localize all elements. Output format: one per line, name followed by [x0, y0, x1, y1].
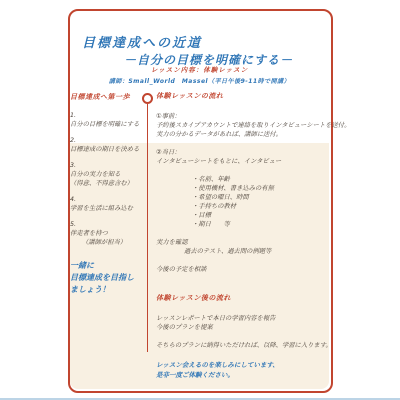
step-text: 学習を生活に組み込む: [70, 204, 154, 213]
section-text: 今後のプランを提案: [156, 323, 332, 332]
section-report: レッスンレポートで本日の学習内容を報告 今後のプランを提案: [156, 314, 332, 332]
list-item: ・使用機材、書き込みの有無: [192, 184, 332, 193]
left-column-heading: 目標達成へ第一歩: [70, 92, 154, 102]
instructor-info-line: 講師：Small_World Massel（平日午後9-11時で開講）: [68, 76, 331, 85]
step-number: 1.: [70, 111, 154, 120]
section-text: 予約後スカイプアカウントで連絡を取りインタビューシートを送付。: [156, 121, 332, 130]
section-text: インタビューシートをもとに、インタビュー: [156, 157, 332, 166]
section-text: レッスンレポートで本日の学習内容を報告: [156, 314, 332, 323]
lesson-info-line: レッスン内容：体験レッスン: [68, 65, 331, 74]
step-text: 自分の目標を明確にする: [70, 120, 154, 129]
flyer-page: 目標達成への近道 －自分の目標を明確にする－ レッスン内容：体験レッスン 講師：…: [0, 0, 400, 400]
motivation-line: 一緒に: [70, 260, 154, 272]
after-lesson-heading: 体験レッスン後の流れ: [156, 294, 332, 303]
step-number: 4.: [70, 195, 154, 204]
list-item: ・手持ちの教材: [192, 202, 332, 211]
list-item: ・目標: [192, 211, 332, 220]
closing-line: レッスン会えるのを楽しみにしています、: [156, 361, 332, 371]
step-number: 5.: [70, 220, 154, 229]
section-text: 実力の分かるデータがあれば、講師に送付。: [156, 130, 332, 139]
section-text: そちらのプランに納得いただければ、以降、学習に入ります。: [156, 341, 332, 350]
section-confirm: そちらのプランに納得いただければ、以降、学習に入ります。: [156, 341, 332, 350]
list-item: ・希望の曜日、時間: [192, 193, 332, 202]
list-item: ・名前、年齢: [192, 175, 332, 184]
step-item-2: 2. 目標達成の期日を決める: [70, 136, 154, 154]
section-text: 過去のテスト、過去問の例題等: [156, 247, 332, 256]
section-text: 今後の予定を相談: [156, 265, 332, 274]
closing-message: レッスン会えるのを楽しみにしています、 是非一度ご体験ください。: [156, 361, 332, 380]
motivation-line: ましょう！: [70, 284, 154, 296]
step-item-4: 4. 学習を生活に組み込む: [70, 195, 154, 213]
step-text-note: （講師が担当）: [70, 238, 154, 247]
step-item-1: 1. 自分の目標を明確にする: [70, 111, 154, 129]
step-text: 伴走者を持つ: [70, 229, 154, 238]
section-title: ①事前：: [156, 112, 332, 121]
step-text-note: （得意、不得意含む）: [70, 179, 154, 188]
motivation-message: 一緒に 目標達成を目指し ましょう！: [70, 260, 154, 296]
section-title: ②当日：: [156, 148, 332, 157]
closing-line: 是非一度ご体験ください。: [156, 371, 332, 381]
right-column-heading: 体験レッスンの流れ: [156, 92, 332, 101]
interview-topic-list: ・名前、年齢 ・使用機材、書き込みの有無 ・希望の曜日、時間 ・手持ちの教材 ・…: [192, 175, 332, 229]
step-number: 3.: [70, 161, 154, 170]
right-column: 体験レッスンの流れ ①事前： 予約後スカイプアカウントで連絡を取りインタビューシ…: [156, 92, 332, 380]
step-item-5: 5. 伴走者を持つ （講師が担当）: [70, 220, 154, 247]
motivation-line: 目標達成を目指し: [70, 272, 154, 284]
section-ability-check: 実力を確認 過去のテスト、過去問の例題等: [156, 238, 332, 256]
section-lesson-day: ②当日： インタビューシートをもとに、インタビュー: [156, 148, 332, 166]
section-consult: 今後の予定を相談: [156, 265, 332, 274]
step-text: 目標達成の期日を決める: [70, 145, 154, 154]
page-title: 目標達成への近道: [82, 32, 202, 51]
section-title: 実力を確認: [156, 238, 332, 247]
step-text: 自分の実力を知る: [70, 170, 154, 179]
step-item-3: 3. 自分の実力を知る （得意、不得意含む）: [70, 161, 154, 188]
left-column: 目標達成へ第一歩 1. 自分の目標を明確にする 2. 目標達成の期日を決める 3…: [70, 92, 154, 296]
step-number: 2.: [70, 136, 154, 145]
section-before-lesson: ①事前： 予約後スカイプアカウントで連絡を取りインタビューシートを送付。 実力の…: [156, 112, 332, 139]
list-item: ・期日 等: [192, 220, 332, 229]
